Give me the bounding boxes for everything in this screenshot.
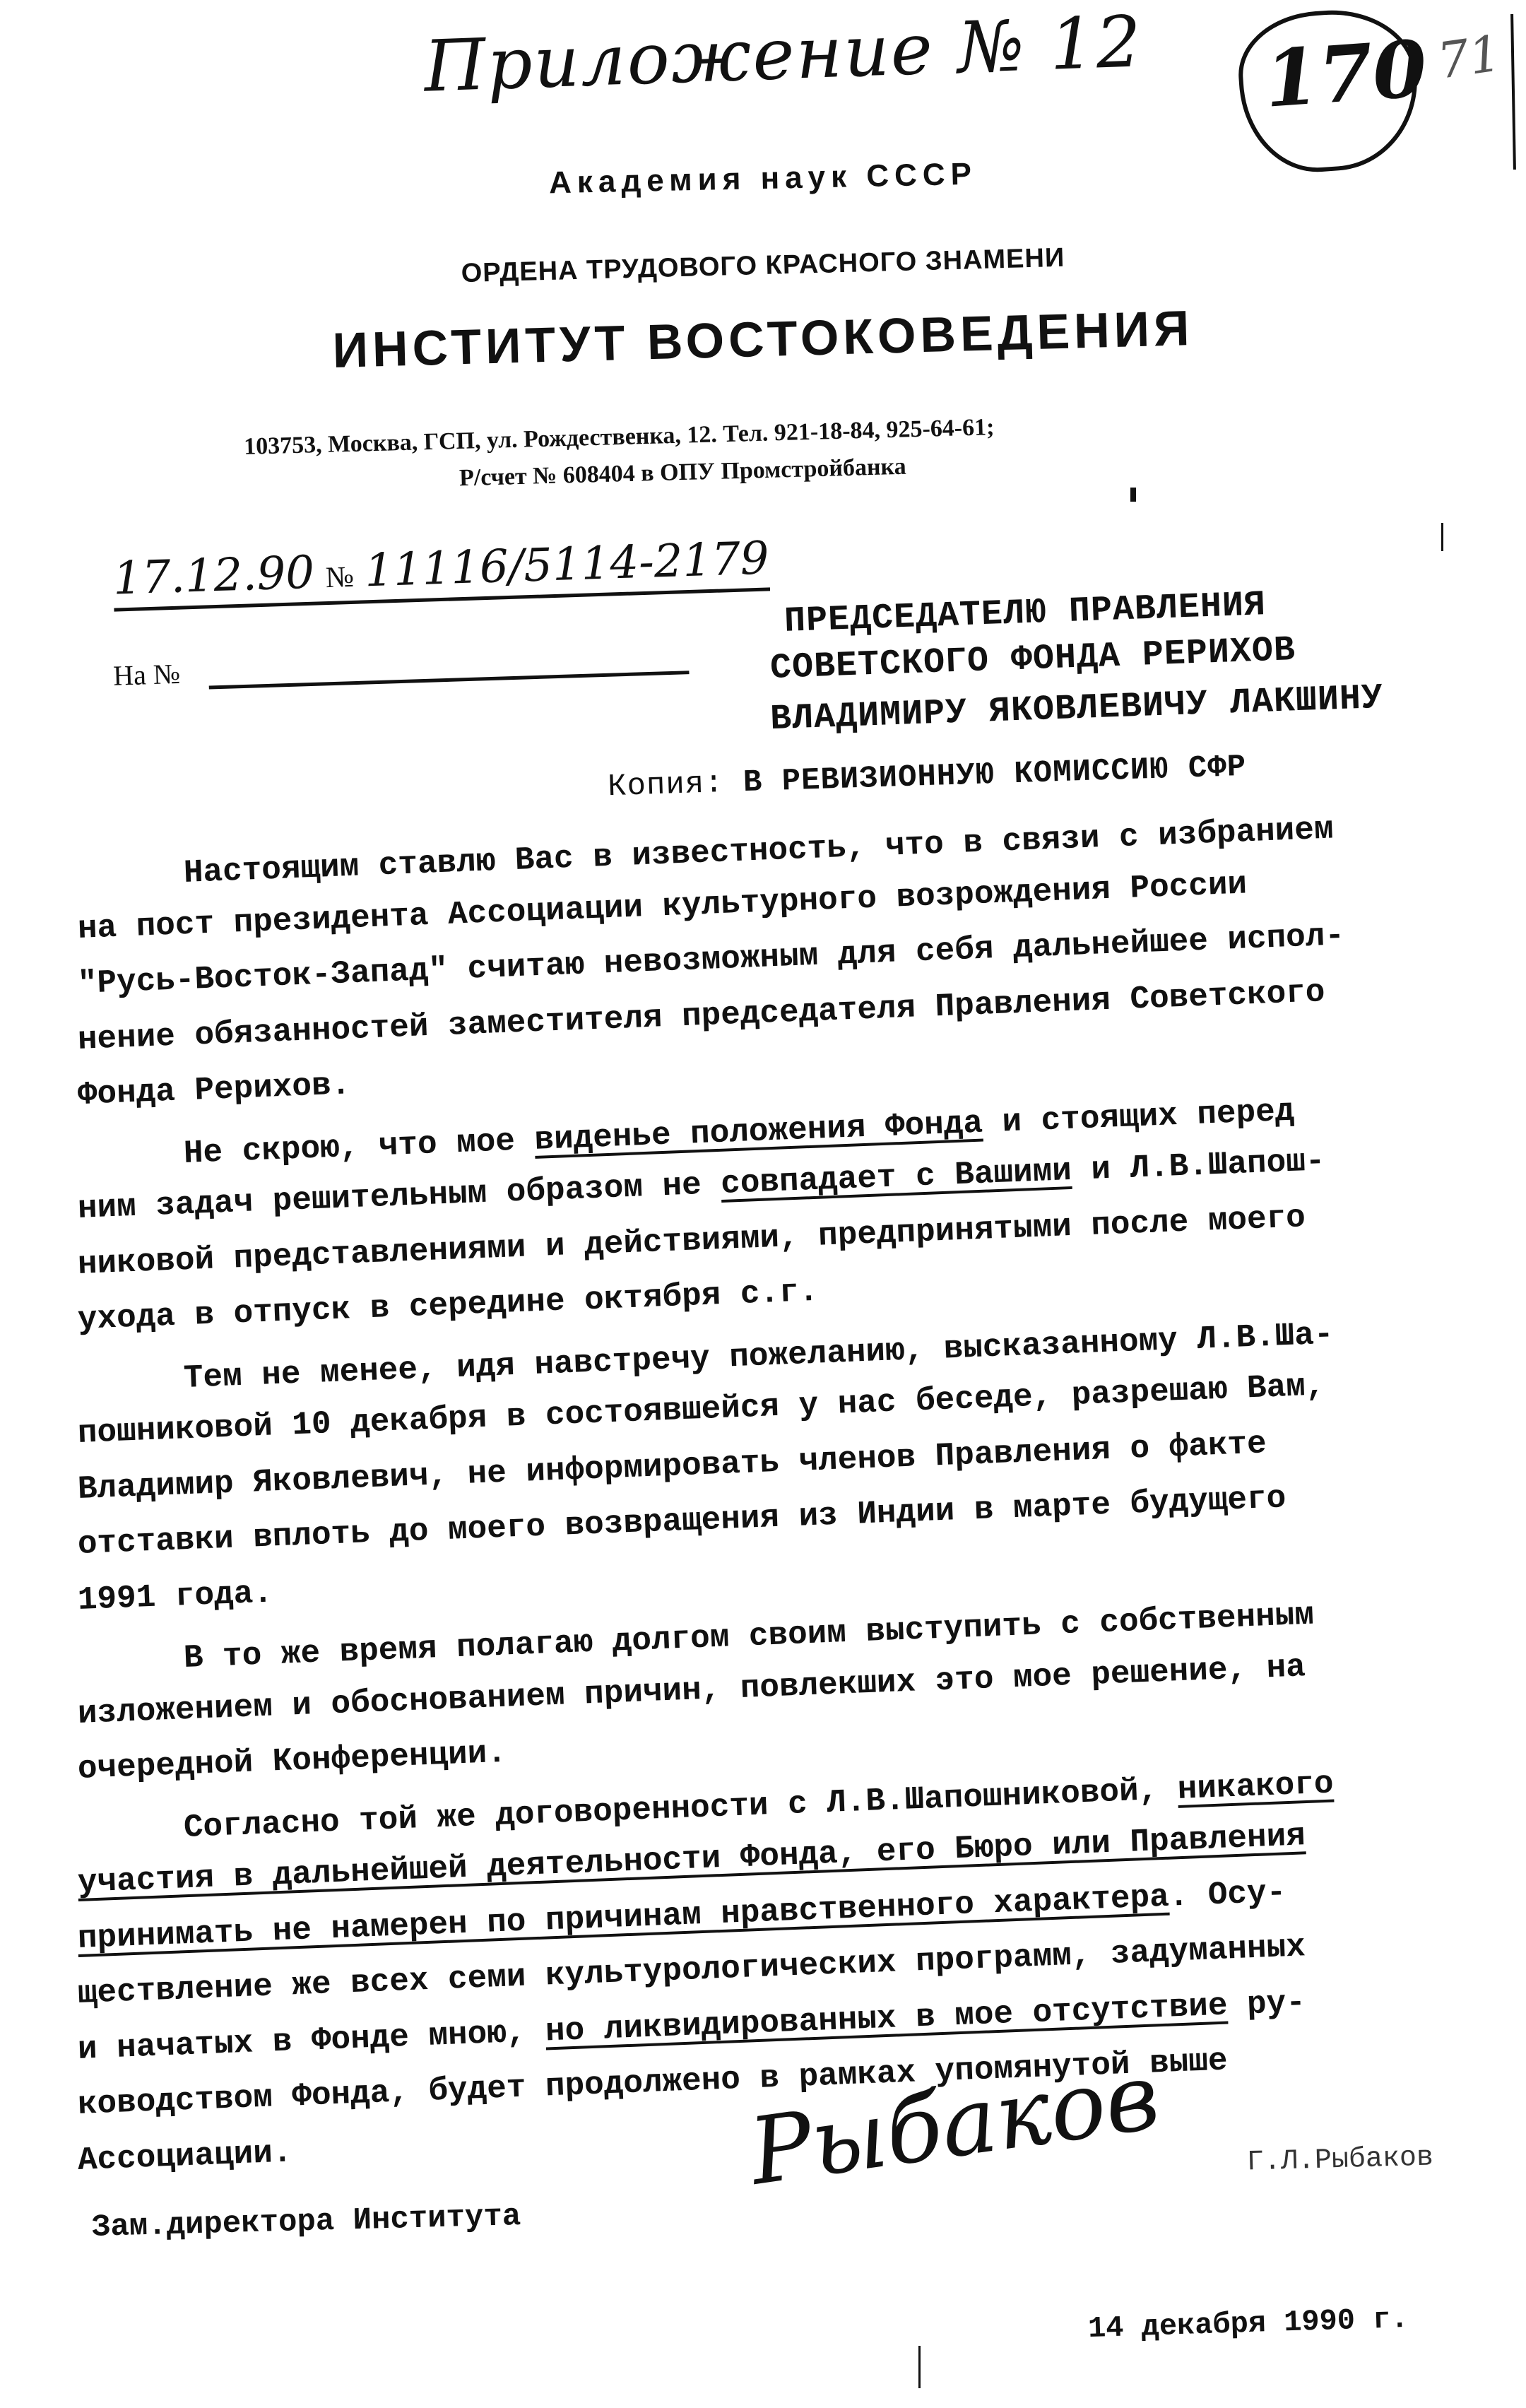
underlined-phrase: никакого [1177, 1765, 1335, 1807]
body-line: Фонда Рерихов. [77, 1066, 351, 1114]
signature-date: 14 декабря 1990 г. [1087, 2302, 1409, 2346]
underlined-phrase: совпадает с Вашими [720, 1152, 1072, 1203]
copy-label: Копия: [607, 766, 724, 805]
signer-title: Зам.директора Института [91, 2199, 521, 2245]
letterhead-academy: Академия наук СССР [0, 145, 1526, 212]
outgoing-reference: 17.12.90 № 11116/5114-2179 [112, 532, 770, 611]
underlined-phrase: но ликвидированных в мое отсутствие [545, 1987, 1228, 2050]
body-line: Ассоциации. [77, 2134, 292, 2179]
outgoing-number: 11116/5114-2179 [364, 532, 770, 597]
letterhead-account: Р/счет № 608404 в ОПУ Промстройбанка [459, 454, 906, 492]
page-number-secondary: 71 [1434, 24, 1505, 90]
letterhead-institute: ИНСТИТУТ ВОСТОКОВЕДЕНИЯ [0, 291, 1526, 388]
underlined-phrase: виденье положения Фонда [534, 1104, 983, 1158]
addressee-line: ВЛАДИМИРУ ЯКОВЛЕВИЧУ ЛАКШИНУ [769, 678, 1384, 740]
reply-to-field [208, 656, 689, 689]
reply-to-reference: На № [112, 641, 689, 692]
outgoing-date: 17.12.90 [112, 547, 315, 606]
body-line: очередной Конференции. [77, 1735, 507, 1788]
outgoing-number-label: № [325, 561, 355, 594]
handwritten-annotation-title: Приложение № 12 [422, 0, 1144, 107]
copy-to: В РЕВИЗИОННУЮ КОМИССИЮ СФР [743, 750, 1247, 801]
page-number: 170 [1262, 23, 1430, 125]
scan-speck [918, 2346, 921, 2388]
signer-name: Г.Л.Рыбаков [1246, 2142, 1433, 2179]
body-line: 1991 года. [77, 1574, 273, 1619]
body-line: ухода в отпуск в середине октября с.г. [77, 1273, 819, 1338]
reply-to-label: На № [112, 657, 180, 692]
scan-speck [1130, 488, 1136, 502]
copy-recipient: Копия: В РЕВИЗИОННУЮ КОМИССИЮ СФР [607, 750, 1246, 805]
letterhead-order: ОРДЕНА ТРУДОВОГО КРАСНОГО ЗНАМЕНИ [0, 231, 1526, 302]
scan-speck [1441, 523, 1443, 551]
